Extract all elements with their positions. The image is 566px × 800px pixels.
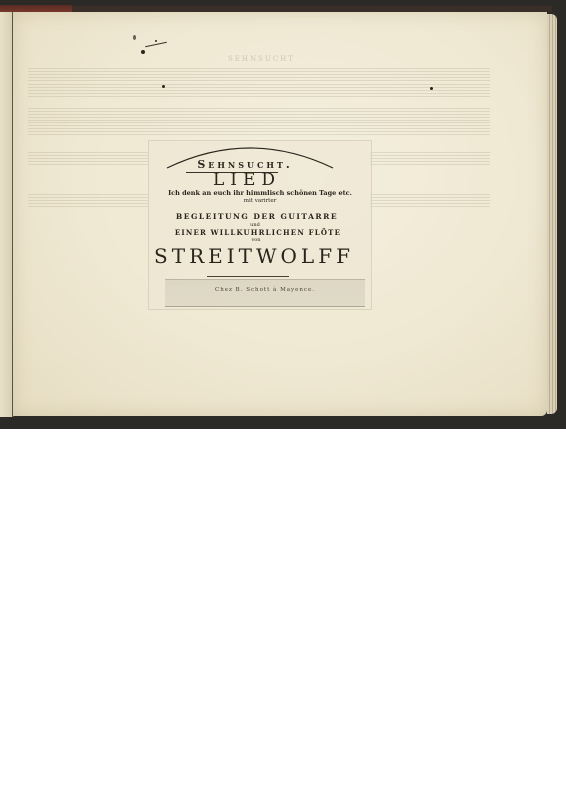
accompaniment-line-1: BEGLEITUNG DER GUITARRE: [0, 212, 514, 221]
by-text: von: [0, 237, 512, 243]
show-through-staff: [28, 108, 490, 122]
ink-speck: [430, 87, 433, 90]
composer-name: STREITWOLFF: [0, 244, 508, 268]
ink-speck: [155, 40, 157, 42]
ink-speck: [133, 35, 136, 40]
page-stack-edge: [547, 14, 557, 414]
genre-heading: LIED: [0, 170, 494, 190]
show-through-staff: [28, 68, 490, 82]
ink-speck: [141, 50, 145, 54]
show-through-heading: SEHNSUCHT: [228, 55, 295, 63]
ink-speck: [162, 85, 165, 88]
text-incipit: Ich denk an euch ihr himmlisch schönen T…: [0, 189, 520, 197]
scanner-bottom-band: [0, 417, 566, 429]
show-through-staff: [28, 84, 490, 98]
accompaniment-line-2: EINER WILLKUHRLICHEN FLÖTE: [0, 228, 516, 237]
with-text: mit varirter: [0, 198, 520, 204]
show-through-staff: [28, 122, 490, 136]
publisher-panel: [165, 279, 365, 307]
publisher-imprint: Chez B. Schott à Mayence.: [0, 287, 530, 293]
scanned-page-image: SEHNSUCHT Sehnsucht. LIED Ich denk an eu…: [0, 0, 566, 429]
composer-rule: [207, 276, 289, 277]
